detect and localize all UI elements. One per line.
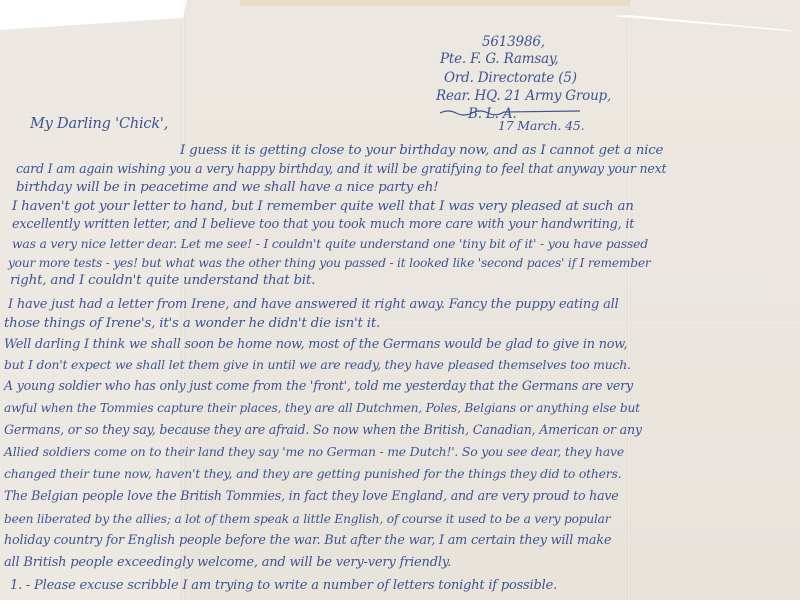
body-line: A young soldier who has only just come f… [4, 375, 633, 397]
address-block: 5613986, Pte. F. G. Ramsay, Ord. Directo… [0, 0, 800, 130]
body-line: Germans, or so they say, because they ar… [4, 419, 642, 441]
body-line: been liberated by the allies; a lot of t… [4, 508, 610, 530]
body-line: all British people exceedingly welcome, … [4, 552, 451, 574]
body-line: The Belgian people love the British Tomm… [4, 485, 619, 507]
body-line: changed their tune now, haven't they, an… [4, 463, 621, 485]
body-line: but I don't expect we shall let them giv… [4, 354, 631, 376]
body-line-postscript: 1. - Please excuse scribble I am trying … [10, 575, 557, 597]
body-line: Well darling I think we shall soon be ho… [4, 334, 627, 356]
body-line: holiday country for English people befor… [4, 530, 611, 552]
address-underline-flourish [440, 108, 580, 116]
service-number: 5613986, [482, 33, 545, 51]
salutation: My Darling 'Chick', [30, 116, 168, 132]
body-line: Allied soldiers come on to their land th… [4, 441, 624, 463]
sender-hq: Rear. HQ. 21 Army Group, [436, 87, 611, 105]
body-line: those things of Irene's, it's a wonder h… [4, 313, 380, 335]
letter-scan: 5613986, Pte. F. G. Ramsay, Ord. Directo… [0, 0, 800, 600]
sender-name: Pte. F. G. Ramsay, [440, 50, 559, 68]
letter-date: 17 March. 45. [498, 117, 584, 135]
body-line: awful when the Tommies capture their pla… [4, 397, 640, 419]
body-line: right, and I couldn't quite understand t… [10, 270, 315, 292]
sender-unit: Ord. Directorate (5) [444, 69, 577, 87]
